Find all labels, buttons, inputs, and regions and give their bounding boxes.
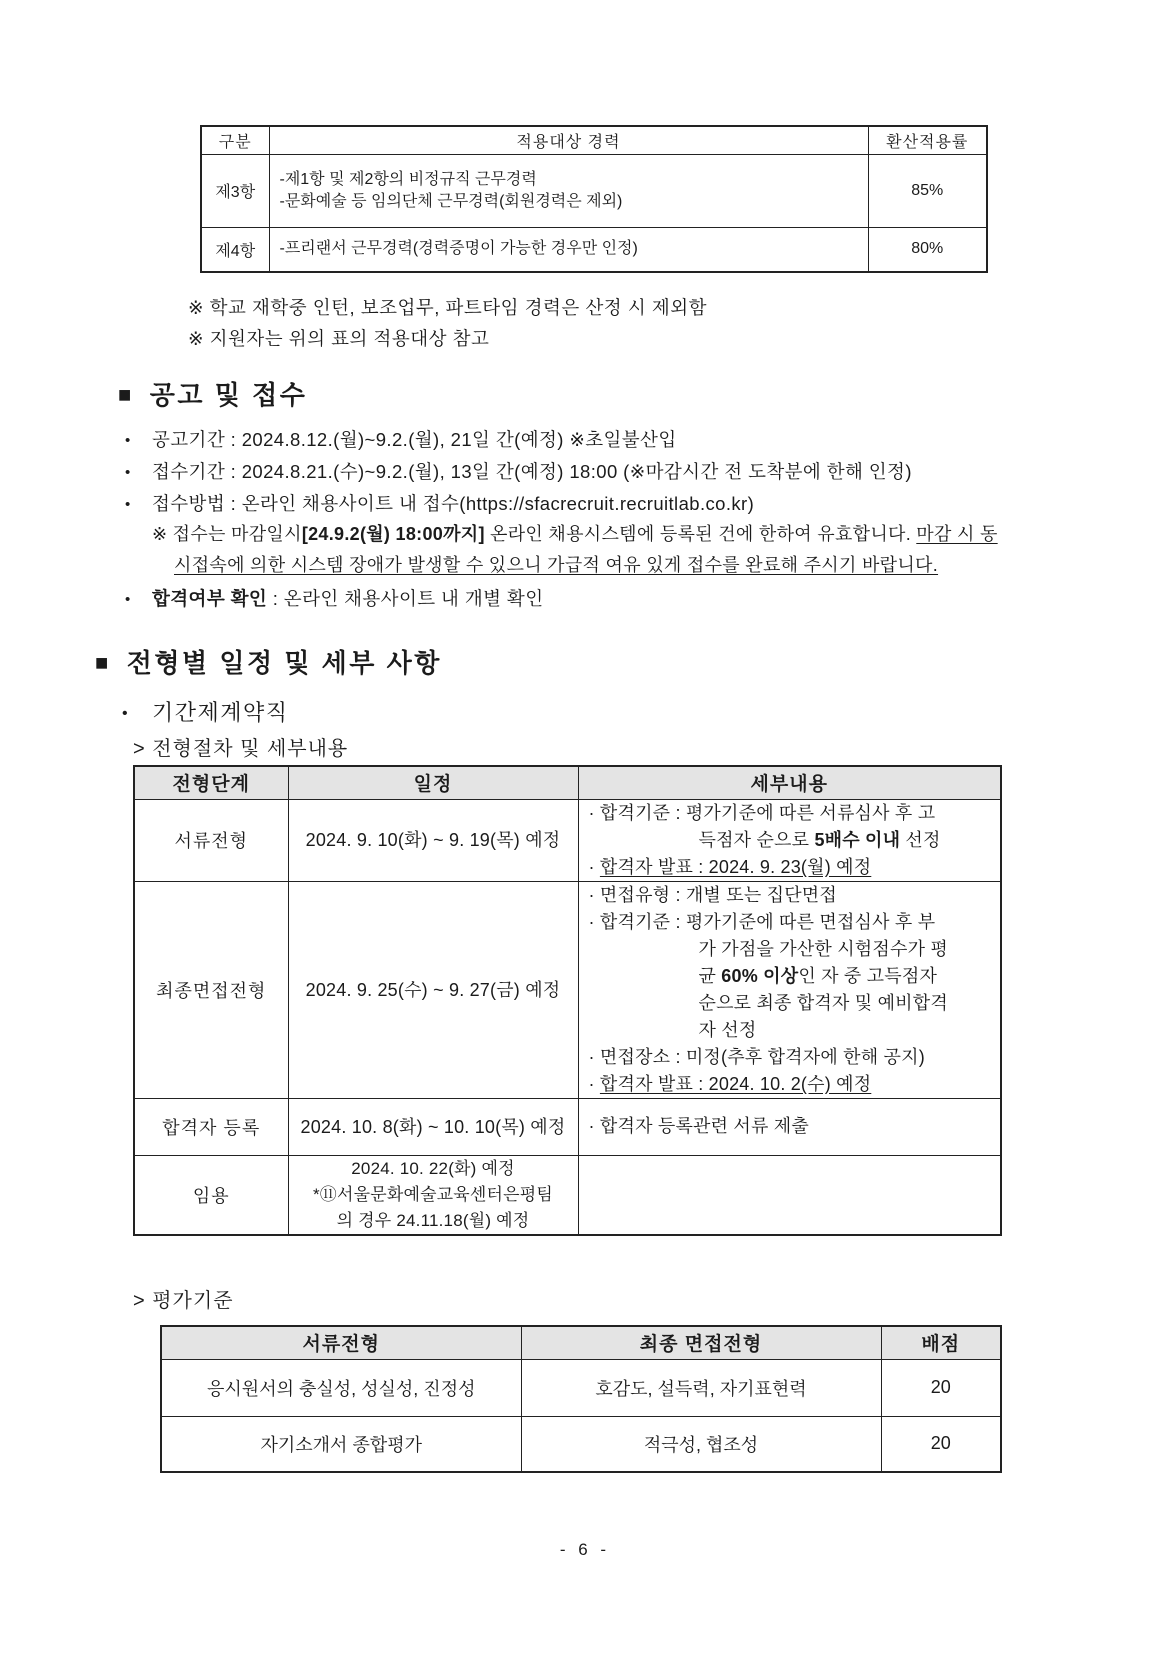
- text-run: · 합격자 등록관련 서류 제출: [589, 1116, 809, 1136]
- criteria-points-cell: 20: [881, 1416, 1001, 1472]
- subsection-contract-type-text: 기간제계약직: [152, 700, 289, 725]
- square-bullet-icon: ■: [118, 382, 134, 407]
- schedule-header-details: 세부내용: [578, 766, 1001, 799]
- text-run: 60% 이상: [721, 966, 798, 986]
- criteria-table-row: 자기소개서 종합평가적극성, 협조성20: [161, 1416, 1001, 1472]
- schedule-detail-line: 득점자 순으로 5배수 이내 선정: [699, 827, 1001, 854]
- criteria-table-body: 응시원서의 충실성, 성실성, 진정성호감도, 설득력, 자기표현력20자기소개…: [161, 1359, 1001, 1472]
- schedule-table-row: 서류전형2024. 9. 10(화) ~ 9. 19(목) 예정· 합격기준 :…: [134, 799, 1001, 881]
- evaluation-criteria-table: 서류전형 최종 면접전형 배점 응시원서의 충실성, 성실성, 진정성호감도, …: [160, 1325, 1002, 1473]
- schedule-details-cell: · 합격자 등록관련 서류 제출: [578, 1098, 1001, 1155]
- square-bullet-icon: ■: [95, 650, 111, 675]
- schedule-date-line: 2024. 10. 8(화) ~ 10. 10(목) 예정: [289, 1114, 578, 1140]
- note-line: ※ 접수는 마감일시[24.9.2(월) 18:00까지] 온라인 채용시스템에…: [152, 519, 998, 550]
- text-run: · 면접유형 : 개별 또는 집단면접: [589, 885, 837, 905]
- career-desc-line: -제1항 및 제2항의 비정규직 근무경력: [280, 169, 862, 191]
- subsection-contract-type: •기간제계약직: [122, 696, 289, 727]
- schedule-detail-line: · 면접장소 : 미정(추후 합격자에 한해 공지): [589, 1044, 1001, 1071]
- criteria-header-interview: 최종 면접전형: [521, 1326, 881, 1359]
- criteria-table-row: 응시원서의 충실성, 성실성, 진정성호감도, 설득력, 자기표현력20: [161, 1359, 1001, 1416]
- section-title-announcement: ■공고 및 접수: [118, 375, 307, 412]
- schedule-date-cell: 2024. 10. 8(화) ~ 10. 10(목) 예정: [288, 1098, 578, 1155]
- text-run: 공고기간 : 2024.8.12.(월)~9.2.(월), 21일 간(예정) …: [152, 429, 677, 450]
- text-run: 균: [699, 966, 722, 986]
- career-header-target: 적용대상 경력: [269, 126, 868, 154]
- text-run: · 면접장소 : 미정(추후 합격자에 한해 공지): [589, 1047, 925, 1067]
- criteria-points-cell: 20: [881, 1359, 1001, 1416]
- career-rate-cell: 85%: [868, 154, 987, 227]
- career-clause-cell: 제4항: [201, 227, 269, 272]
- schedule-table-row: 합격자 등록2024. 10. 8(화) ~ 10. 10(목) 예정· 합격자…: [134, 1098, 1001, 1155]
- page-number: - 6 -: [0, 1540, 1170, 1560]
- text-run: 합격자 발표 : 2024. 9. 23(월) 예정: [600, 857, 871, 877]
- result-check-text: 합격여부 확인 : 온라인 채용사이트 내 개별 확인: [152, 588, 543, 609]
- career-conversion-table: 구분 적용대상 경력 환산적용률 제3항-제1항 및 제2항의 비정규직 근무경…: [200, 125, 988, 273]
- schedule-stage-cell: 합격자 등록: [134, 1098, 288, 1155]
- schedule-date-cell: 2024. 9. 25(수) ~ 9. 27(금) 예정: [288, 881, 578, 1098]
- text-run: 5배수 이내: [814, 830, 900, 850]
- announcement-bullet-list: •공고기간 : 2024.8.12.(월)~9.2.(월), 21일 간(예정)…: [125, 424, 912, 520]
- text-run: 시접속에 의한 시스템 장애가 발생할 수 있으니 가급적 여유 있게 접수를 …: [174, 555, 938, 575]
- schedule-detail-line: · 면접유형 : 개별 또는 집단면접: [589, 882, 1001, 909]
- text-run: 합격자 발표 : 2024. 10. 2(수) 예정: [600, 1074, 871, 1094]
- bullet-icon: •: [125, 457, 152, 488]
- procedure-label: > 전형절차 및 세부내용: [133, 732, 348, 761]
- schedule-detail-line: · 합격자 발표 : 2024. 9. 23(월) 예정: [589, 854, 1001, 881]
- schedule-details-cell: · 합격기준 : 평가기준에 따른 서류심사 후 고득점자 순으로 5배수 이내…: [578, 799, 1001, 881]
- career-clause-cell: 제3항: [201, 154, 269, 227]
- text-run: · 합격기준 : 평가기준에 따른 면접심사 후 부: [589, 912, 936, 932]
- text-run: ※ 접수는 마감일시: [152, 524, 302, 544]
- text-run: 인 자 중 고득점자: [798, 966, 937, 986]
- schedule-detail-line: · 합격자 등록관련 서류 제출: [589, 1113, 1001, 1140]
- bullet-icon: •: [125, 425, 152, 456]
- text-run: 자 선정: [699, 1020, 757, 1040]
- bullet-text: 접수기간 : 2024.8.21.(수)~9.2.(월), 13일 간(예정) …: [152, 461, 912, 482]
- schedule-date-cell: 2024. 9. 10(화) ~ 9. 19(목) 예정: [288, 799, 578, 881]
- text-run: ·: [589, 857, 600, 877]
- text-run: [24.9.2(월) 18:00까지]: [302, 524, 485, 544]
- schedule-stage-cell: 최종면접전형: [134, 881, 288, 1098]
- schedule-table-header-row: 전형단계 일정 세부내용: [134, 766, 1001, 799]
- text-run: 순으로 최종 합격자 및 예비합격: [699, 993, 948, 1013]
- text-run: 합격여부 확인: [152, 588, 267, 609]
- schedule-date-line: 2024. 10. 22(화) 예정: [289, 1156, 578, 1182]
- criteria-document-cell: 응시원서의 충실성, 성실성, 진정성: [161, 1359, 521, 1416]
- criteria-document-cell: 자기소개서 종합평가: [161, 1416, 521, 1472]
- text-run: 선정: [900, 830, 940, 850]
- bullet-icon: •: [125, 591, 152, 608]
- text-run: 접수기간 : 2024.8.21.(수)~9.2.(월), 13일 간(예정) …: [152, 461, 912, 482]
- schedule-date-cell: 2024. 10. 22(화) 예정*⑪서울문화예술교육센터은평팀의 경우 24…: [288, 1155, 578, 1235]
- criteria-table-header-row: 서류전형 최종 면접전형 배점: [161, 1326, 1001, 1359]
- bullet-text: 공고기간 : 2024.8.12.(월)~9.2.(월), 21일 간(예정) …: [152, 429, 677, 450]
- section-title-schedule-text: 전형별 일정 및 세부 사항: [127, 648, 442, 678]
- text-run: 득점자 순으로: [699, 830, 815, 850]
- note-line: 시접속에 의한 시스템 장애가 발생할 수 있으니 가급적 여유 있게 접수를 …: [174, 550, 998, 581]
- schedule-detail-line: 자 선정: [699, 1017, 1001, 1044]
- schedule-date-line: 2024. 9. 10(화) ~ 9. 19(목) 예정: [289, 827, 578, 853]
- text-run: 접수방법 : 온라인 채용사이트 내 접수(https://sfacrecrui…: [152, 493, 754, 514]
- career-table-body: 제3항-제1항 및 제2항의 비정규직 근무경력-문화예술 등 임의단체 근무경…: [201, 154, 987, 272]
- schedule-date-line: 의 경우 24.11.18(월) 예정: [289, 1208, 578, 1234]
- bullet-icon: •: [122, 705, 152, 723]
- schedule-header-stage: 전형단계: [134, 766, 288, 799]
- career-note-line: ※ 학교 재학중 인턴, 보조업무, 파트타임 경력은 산정 시 제외함: [188, 292, 707, 323]
- schedule-details-cell: [578, 1155, 1001, 1235]
- text-run: : 온라인 채용사이트 내 개별 확인: [267, 588, 543, 609]
- selection-schedule-table: 전형단계 일정 세부내용 서류전형2024. 9. 10(화) ~ 9. 19(…: [133, 765, 1002, 1236]
- schedule-table-body: 서류전형2024. 9. 10(화) ~ 9. 19(목) 예정· 합격기준 :…: [134, 799, 1001, 1235]
- career-table-notes: ※ 학교 재학중 인턴, 보조업무, 파트타임 경력은 산정 시 제외함※ 지원…: [188, 292, 707, 354]
- career-desc-line: -프리랜서 근무경력(경력증명이 가능한 경우만 인정): [280, 238, 862, 260]
- schedule-detail-line: 균 60% 이상인 자 중 고득점자: [699, 963, 1001, 990]
- schedule-details-cell: · 면접유형 : 개별 또는 집단면접· 합격기준 : 평가기준에 따른 면접심…: [578, 881, 1001, 1098]
- career-header-rate: 환산적용률: [868, 126, 987, 154]
- criteria-header-points: 배점: [881, 1326, 1001, 1359]
- text-run: 마감 시 동: [916, 524, 997, 544]
- document-page: 구분 적용대상 경력 환산적용률 제3항-제1항 및 제2항의 비정규직 근무경…: [0, 0, 1170, 1654]
- schedule-stage-cell: 임용: [134, 1155, 288, 1235]
- schedule-detail-line: · 합격기준 : 평가기준에 따른 면접심사 후 부: [589, 909, 1001, 936]
- career-table-row: 제4항-프리랜서 근무경력(경력증명이 가능한 경우만 인정)80%: [201, 227, 987, 272]
- schedule-detail-line: · 합격자 발표 : 2024. 10. 2(수) 예정: [589, 1071, 1001, 1098]
- career-desc-cell: -프리랜서 근무경력(경력증명이 가능한 경우만 인정): [269, 227, 868, 272]
- criteria-label: > 평가기준: [133, 1284, 234, 1313]
- schedule-detail-line: 가 가점을 가산한 시험점수가 평: [699, 936, 1001, 963]
- application-deadline-note: ※ 접수는 마감일시[24.9.2(월) 18:00까지] 온라인 채용시스템에…: [152, 519, 998, 581]
- career-header-category: 구분: [201, 126, 269, 154]
- bullet-text: 접수방법 : 온라인 채용사이트 내 접수(https://sfacrecrui…: [152, 493, 754, 514]
- career-table-header-row: 구분 적용대상 경력 환산적용률: [201, 126, 987, 154]
- career-rate-cell: 80%: [868, 227, 987, 272]
- criteria-interview-cell: 적극성, 협조성: [521, 1416, 881, 1472]
- career-desc-cell: -제1항 및 제2항의 비정규직 근무경력-문화예술 등 임의단체 근무경력(회…: [269, 154, 868, 227]
- schedule-detail-line: · 합격기준 : 평가기준에 따른 서류심사 후 고: [589, 800, 1001, 827]
- schedule-stage-cell: 서류전형: [134, 799, 288, 881]
- bullet-icon: •: [125, 489, 152, 520]
- criteria-header-document: 서류전형: [161, 1326, 521, 1359]
- section-title-announcement-text: 공고 및 접수: [150, 380, 308, 410]
- bullet-line: •공고기간 : 2024.8.12.(월)~9.2.(월), 21일 간(예정)…: [125, 424, 912, 456]
- result-check-bullet: •합격여부 확인 : 온라인 채용사이트 내 개별 확인: [125, 585, 543, 611]
- text-run: ·: [589, 1074, 600, 1094]
- bullet-line: •접수방법 : 온라인 채용사이트 내 접수(https://sfacrecru…: [125, 488, 912, 520]
- schedule-date-line: *⑪서울문화예술교육센터은평팀: [289, 1182, 578, 1208]
- bullet-line: •접수기간 : 2024.8.21.(수)~9.2.(월), 13일 간(예정)…: [125, 456, 912, 488]
- career-note-line: ※ 지원자는 위의 표의 적용대상 참고: [188, 323, 707, 354]
- schedule-table-row: 임용2024. 10. 22(화) 예정*⑪서울문화예술교육센터은평팀의 경우 …: [134, 1155, 1001, 1235]
- career-table-row: 제3항-제1항 및 제2항의 비정규직 근무경력-문화예술 등 임의단체 근무경…: [201, 154, 987, 227]
- text-run: · 합격기준 : 평가기준에 따른 서류심사 후 고: [589, 803, 936, 823]
- schedule-table-row: 최종면접전형2024. 9. 25(수) ~ 9. 27(금) 예정· 면접유형…: [134, 881, 1001, 1098]
- criteria-interview-cell: 호감도, 설득력, 자기표현력: [521, 1359, 881, 1416]
- schedule-header-date: 일정: [288, 766, 578, 799]
- text-run: 온라인 채용시스템에 등록된 건에 한하여 유효합니다.: [485, 524, 917, 544]
- schedule-detail-line: 순으로 최종 합격자 및 예비합격: [699, 990, 1001, 1017]
- text-run: 가 가점을 가산한 시험점수가 평: [699, 939, 948, 959]
- section-title-schedule: ■전형별 일정 및 세부 사항: [95, 643, 442, 680]
- career-desc-line: -문화예술 등 임의단체 근무경력(회원경력은 제외): [280, 191, 862, 213]
- schedule-date-line: 2024. 9. 25(수) ~ 9. 27(금) 예정: [289, 977, 578, 1003]
